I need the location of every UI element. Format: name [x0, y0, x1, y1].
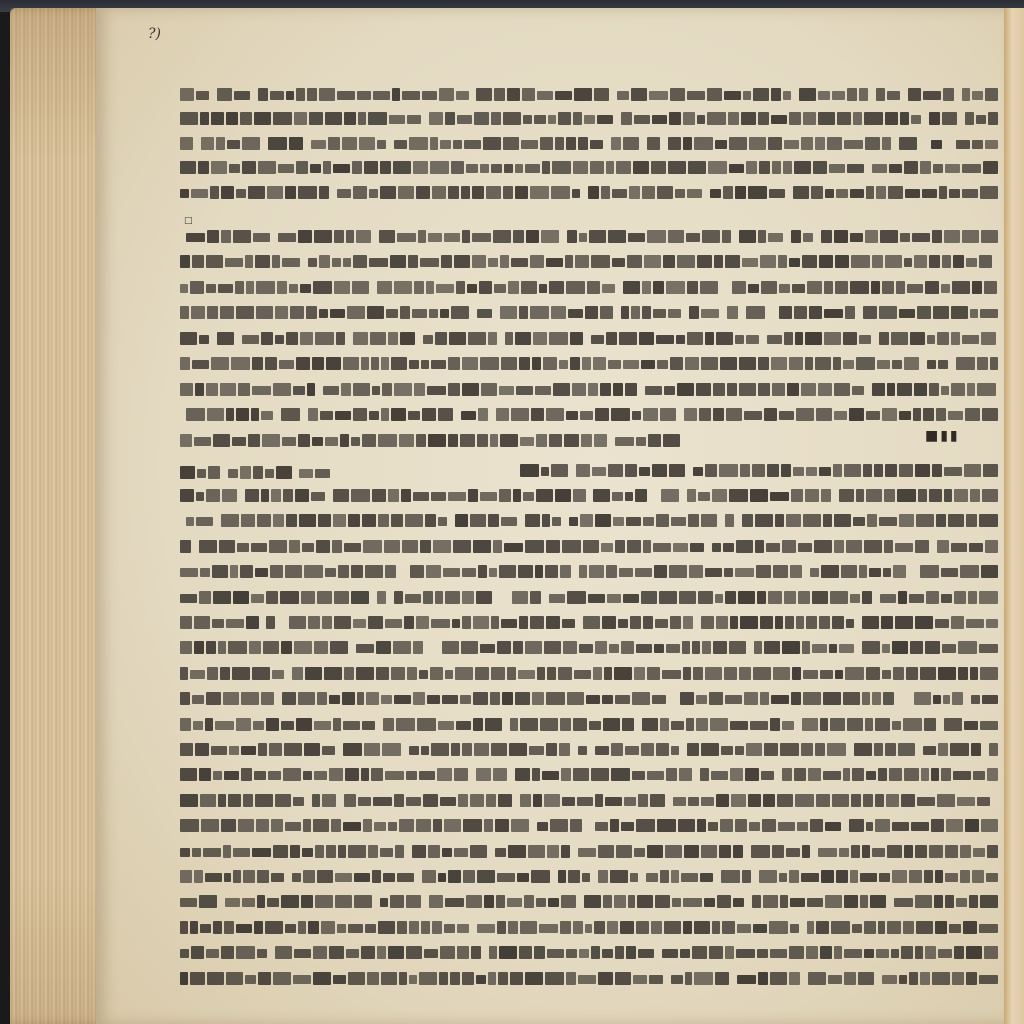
- text-line: [180, 381, 998, 397]
- text-line: [180, 919, 998, 935]
- text-line: [180, 868, 998, 884]
- text-line: [180, 970, 998, 986]
- text-line: [180, 254, 998, 270]
- text-line: [180, 513, 998, 529]
- text-line: [180, 184, 998, 200]
- text-line: [180, 111, 998, 127]
- text-line: [180, 228, 998, 244]
- book-page-edges: [10, 8, 108, 1024]
- text-line: [180, 432, 680, 448]
- text-line: [180, 716, 998, 732]
- text-line: [180, 564, 998, 580]
- page-number: ?): [148, 26, 161, 42]
- text-line: [180, 589, 998, 605]
- text-line: [180, 160, 998, 176]
- text-line: [180, 894, 998, 910]
- text-line: [180, 86, 998, 102]
- text-line: [180, 330, 998, 346]
- text-line: [180, 487, 998, 503]
- text-line: [180, 691, 998, 707]
- text-line: [180, 407, 998, 423]
- text-line: [180, 279, 998, 295]
- text-line: [180, 640, 998, 656]
- text-line: [180, 665, 998, 681]
- text-line: [520, 462, 998, 478]
- text-line: [180, 818, 998, 834]
- text-line: [180, 135, 998, 151]
- text-line: [180, 767, 998, 783]
- text-line: [180, 945, 998, 961]
- text-line: [180, 741, 998, 757]
- right-aligned-tag: ■▮▮: [925, 428, 960, 444]
- text-line: [180, 614, 998, 630]
- facing-page-edge: [1004, 8, 1024, 1024]
- text-line: [180, 356, 998, 372]
- text-line: [180, 464, 330, 480]
- text-line: [180, 843, 998, 859]
- text-line: [180, 792, 998, 808]
- text-line: [180, 305, 998, 321]
- text-line: [180, 538, 998, 554]
- paragraph-marker: □: [184, 216, 193, 226]
